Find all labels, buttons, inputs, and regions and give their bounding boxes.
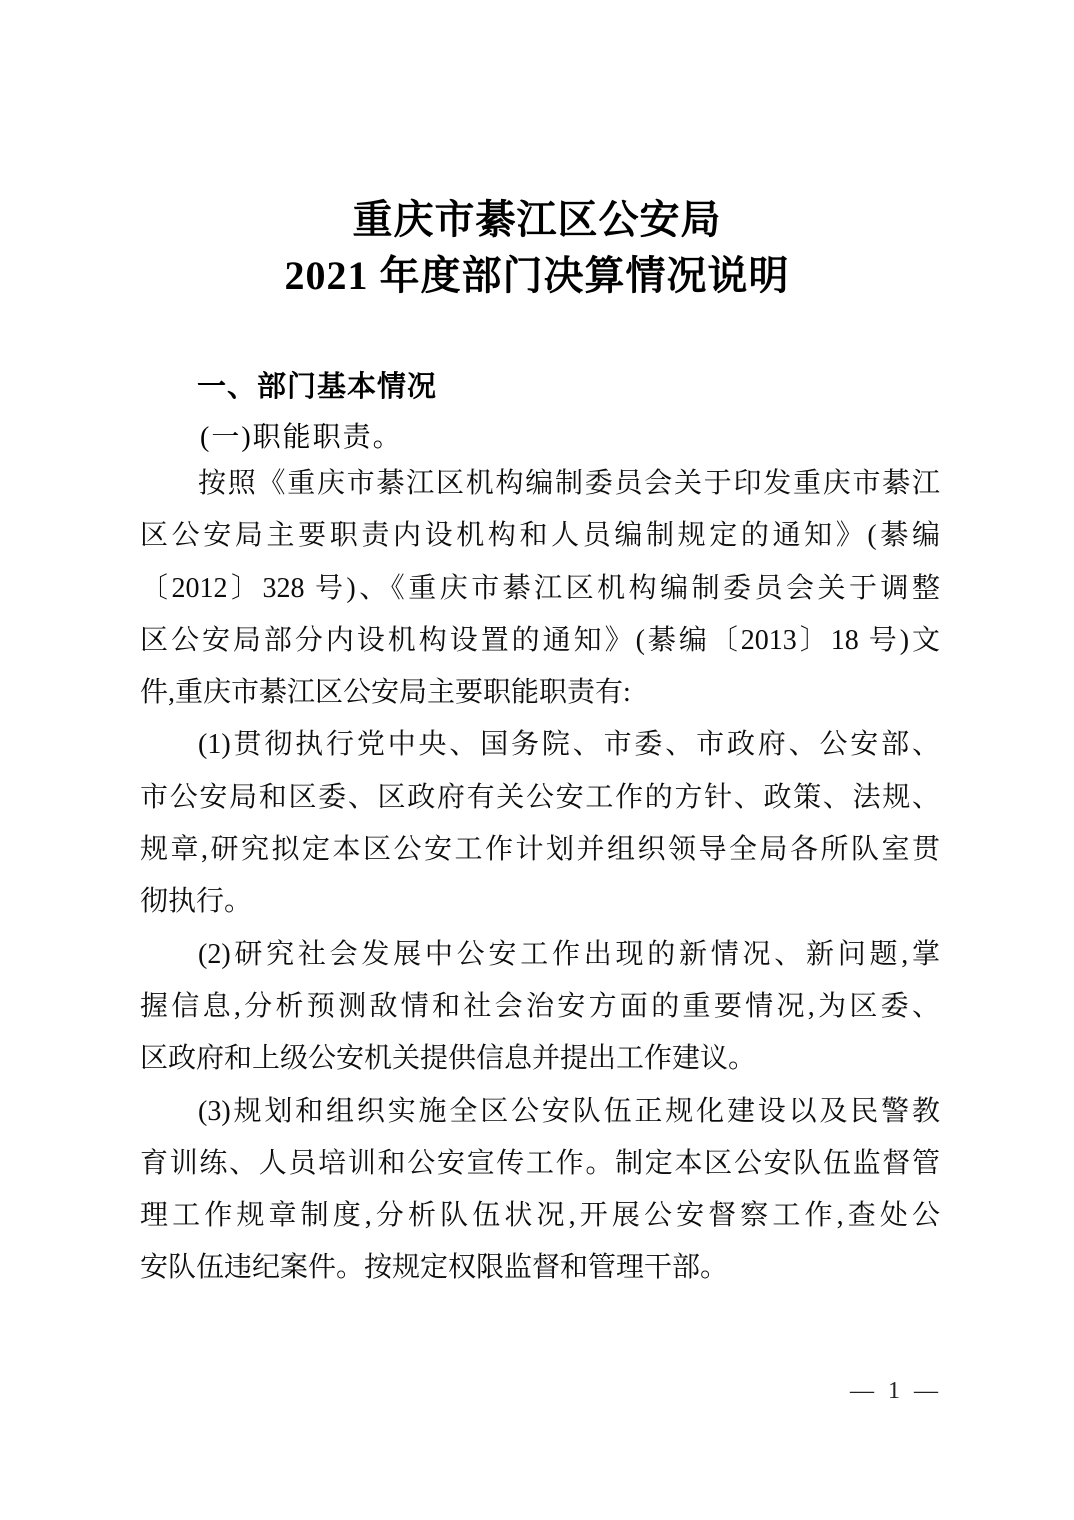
paragraph-2-line-4: 彻执行。 — [140, 876, 940, 928]
title-line-1: 重庆市綦江区公安局 — [0, 192, 1074, 248]
paragraph-1-line-5: 件,重庆市綦江区公安局主要职能职责有: — [140, 667, 940, 719]
section-heading: 一、部门基本情况 — [197, 364, 437, 405]
paragraph-2-line-2: 市公安局和区委、区政府有关公安工作的方针、政策、法规、 — [140, 772, 940, 824]
page-number: — 1 — — [850, 1378, 942, 1405]
paragraph-4-line-3: 理工作规章制度,分析队伍状况,开展公安督察工作,查处公 — [140, 1190, 940, 1242]
paragraph-1-line-4: 区公安局部分内设机构设置的通知》(綦编〔2013〕18 号)文 — [140, 615, 940, 667]
paragraph-4-line-4: 安队伍违纪案件。按规定权限监督和管理干部。 — [140, 1242, 940, 1294]
paragraph-1-line-1: 按照《重庆市綦江区机构编制委员会关于印发重庆市綦江 — [140, 458, 940, 510]
document-page: 重庆市綦江区公安局 2021 年度部门决算情况说明 一、部门基本情况 (一)职能… — [0, 0, 1074, 1520]
paragraph-1-line-2: 区公安局主要职责内设机构和人员编制规定的通知》(綦编 — [140, 510, 940, 562]
paragraph-3-line-3: 区政府和上级公安机关提供信息并提出工作建议。 — [140, 1033, 940, 1085]
document-title: 重庆市綦江区公安局 2021 年度部门决算情况说明 — [0, 192, 1074, 304]
paragraph-4-line-2: 育训练、人员培训和公安宣传工作。制定本区公安队伍监督管 — [140, 1138, 940, 1190]
paragraph-3-line-2: 握信息,分析预测敌情和社会治安方面的重要情况,为区委、 — [140, 981, 940, 1033]
paragraph-4-line-1: (3)规划和组织实施全区公安队伍正规化建设以及民警教 — [140, 1086, 940, 1138]
title-line-2: 2021 年度部门决算情况说明 — [0, 248, 1074, 304]
paragraph-2-line-1: (1)贯彻执行党中央、国务院、市委、市政府、公安部、 — [140, 719, 940, 771]
paragraph-1-line-3: 〔2012〕328 号)、《重庆市綦江区机构编制委员会关于调整 — [140, 563, 940, 615]
subsection-heading: (一)职能职责。 — [200, 415, 403, 455]
paragraph-2-line-3: 规章,研究拟定本区公安工作计划并组织领导全局各所队室贯 — [140, 824, 940, 876]
paragraph-3-line-1: (2)研究社会发展中公安工作出现的新情况、新问题,掌 — [140, 929, 940, 981]
body-paragraphs: 按照《重庆市綦江区机构编制委员会关于印发重庆市綦江区公安局主要职责内设机构和人员… — [140, 458, 940, 1295]
